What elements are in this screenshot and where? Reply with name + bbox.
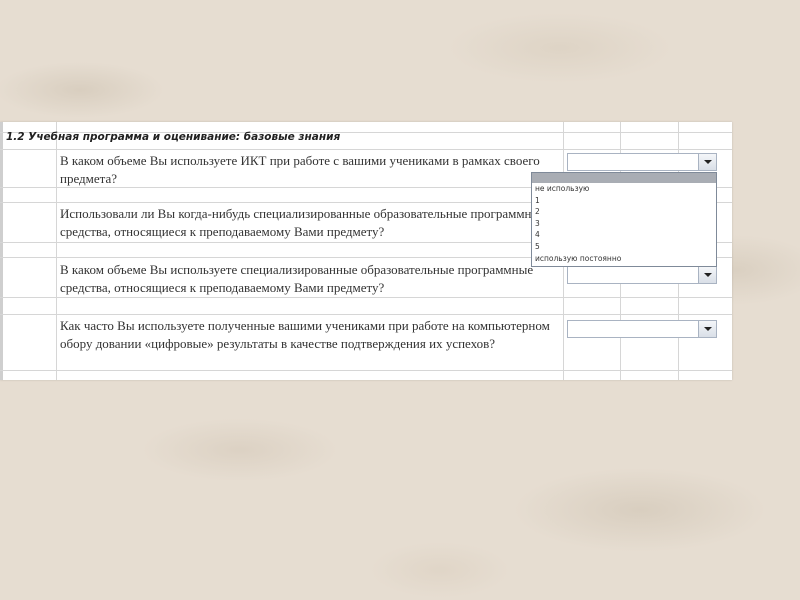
dropdown-option[interactable]: 3	[532, 218, 716, 230]
dropdown-option[interactable]: 5	[532, 241, 716, 253]
grid-line	[0, 314, 732, 315]
grid-line	[0, 297, 732, 298]
grid-line	[56, 122, 57, 380]
answer-combo-1[interactable]	[567, 153, 717, 171]
dropdown-option[interactable]: использую постоянно	[532, 253, 716, 265]
dropdown-option[interactable]: 1	[532, 195, 716, 207]
dropdown-option[interactable]: 2	[532, 206, 716, 218]
answer-combo-4[interactable]	[567, 320, 717, 338]
dropdown-button[interactable]	[698, 154, 716, 170]
question-2: Использовали ли Вы когда-нибудь специали…	[60, 205, 560, 241]
chevron-down-icon	[704, 160, 712, 164]
chevron-down-icon	[704, 273, 712, 277]
question-1: В каком объеме Вы используете ИКТ при ра…	[60, 152, 560, 188]
dropdown-option[interactable]: не использую	[532, 183, 716, 195]
question-3: В каком объеме Вы используете специализи…	[60, 261, 560, 297]
chevron-down-icon	[704, 327, 712, 331]
dropdown-list[interactable]: не использую 1 2 3 4 5 использую постоян…	[531, 172, 717, 267]
dropdown-button[interactable]	[698, 267, 716, 283]
dropdown-button[interactable]	[698, 321, 716, 337]
grid-line	[0, 149, 732, 150]
dropdown-header	[532, 173, 716, 183]
grid-line	[0, 370, 732, 371]
sheet-left-edge	[0, 122, 3, 380]
dropdown-option[interactable]: 4	[532, 229, 716, 241]
question-4: Как часто Вы используете полученные ваши…	[60, 317, 560, 353]
section-title: 1.2 Учебная программа и оценивание: базо…	[6, 131, 340, 143]
answer-combo-3[interactable]	[567, 266, 717, 284]
